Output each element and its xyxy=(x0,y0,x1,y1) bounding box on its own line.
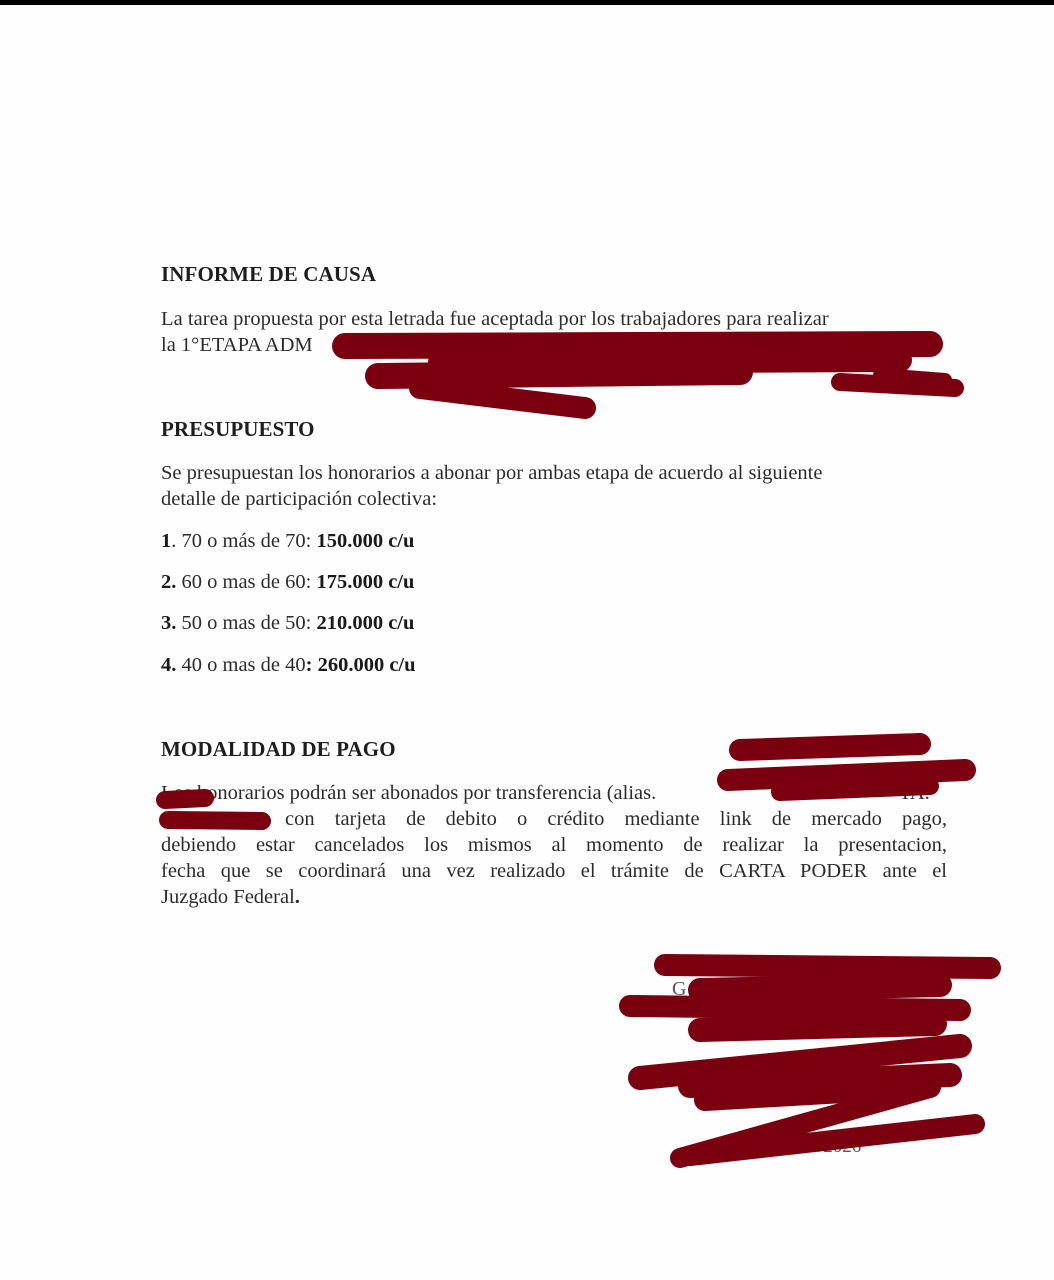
informe-line-2: la 1°ETAPA ADM JUDICIAL(Medida Cautelar) xyxy=(161,332,947,358)
section-title-pago: MODALIDAD DE PAGO xyxy=(161,737,396,762)
price-item-number: 4. xyxy=(161,654,176,676)
price-item-value: 175.000 c/u xyxy=(316,571,414,593)
price-item-number: 2. xyxy=(161,571,176,593)
pago-line-4: fecha que se coordinará una vez realizad… xyxy=(161,858,947,884)
price-item-value: 210.000 c/u xyxy=(316,612,414,634)
price-item-label: 40 o mas de 40 xyxy=(176,654,305,676)
pago-line-5: Juzgado Federal. xyxy=(161,884,947,910)
pago-line-5-text: Juzgado Federal xyxy=(161,886,295,908)
pago-paragraph: Los honorarios podrán ser abonados por t… xyxy=(161,780,947,910)
price-item: 1. 70 o más de 70: 150.000 c/u xyxy=(161,530,414,553)
section-title-presupuesto: PRESUPUESTO xyxy=(161,417,315,442)
price-item-label: 60 o mas de 60: xyxy=(176,571,316,593)
price-item-value: 150.000 c/u xyxy=(316,530,414,552)
redaction-marks xyxy=(0,0,1054,1280)
presupuesto-paragraph: Se presupuestan los honorarios a abonar … xyxy=(161,460,947,512)
signature-date: /2026 xyxy=(818,1136,861,1158)
presupuesto-line-2: detalle de participación colectiva: xyxy=(161,486,947,512)
pago-line-3: debiendo estar cancelados los mismos al … xyxy=(161,832,947,858)
price-item: 2. 60 o mas de 60: 175.000 c/u xyxy=(161,571,414,594)
presupuesto-line-1: Se presupuestan los honorarios a abonar … xyxy=(161,460,947,486)
informe-line-2-visible: la 1°ETAPA ADM xyxy=(161,334,313,356)
informe-paragraph: La tarea propuesta por esta letrada fue … xyxy=(161,306,947,358)
signature-initial: G xyxy=(672,978,686,1001)
informe-line-1: La tarea propuesta por esta letrada fue … xyxy=(161,306,947,332)
price-item-label: . 70 o más de 70: xyxy=(171,530,316,552)
pago-line-1: Los honorarios podrán ser abonados por t… xyxy=(161,780,947,806)
price-item: 4. 40 o mas de 40: 260.000 c/u xyxy=(161,654,416,677)
price-item-value: : 260.000 c/u xyxy=(306,654,416,676)
top-bar xyxy=(0,0,1054,5)
pago-line-5-end: . xyxy=(295,886,300,908)
price-item-number: 1 xyxy=(161,530,171,552)
section-title-informe: INFORME DE CAUSA xyxy=(161,262,376,287)
informe-line-2-tail: JUDICIAL(Medida Cautelar) xyxy=(631,332,874,358)
pago-line-2-text: con tarjeta de debito o crédito mediante… xyxy=(285,806,947,832)
price-item-label: 50 o mas de 50: xyxy=(176,612,316,634)
pago-line-2: con tarjeta de debito o crédito mediante… xyxy=(161,806,947,832)
price-item-number: 3. xyxy=(161,612,176,634)
pago-line-1-text: Los honorarios podrán ser abonados por t… xyxy=(161,782,656,804)
pago-line-1-tail: TA. xyxy=(899,780,930,806)
price-item: 3. 50 o mas de 50: 210.000 c/u xyxy=(161,612,414,635)
